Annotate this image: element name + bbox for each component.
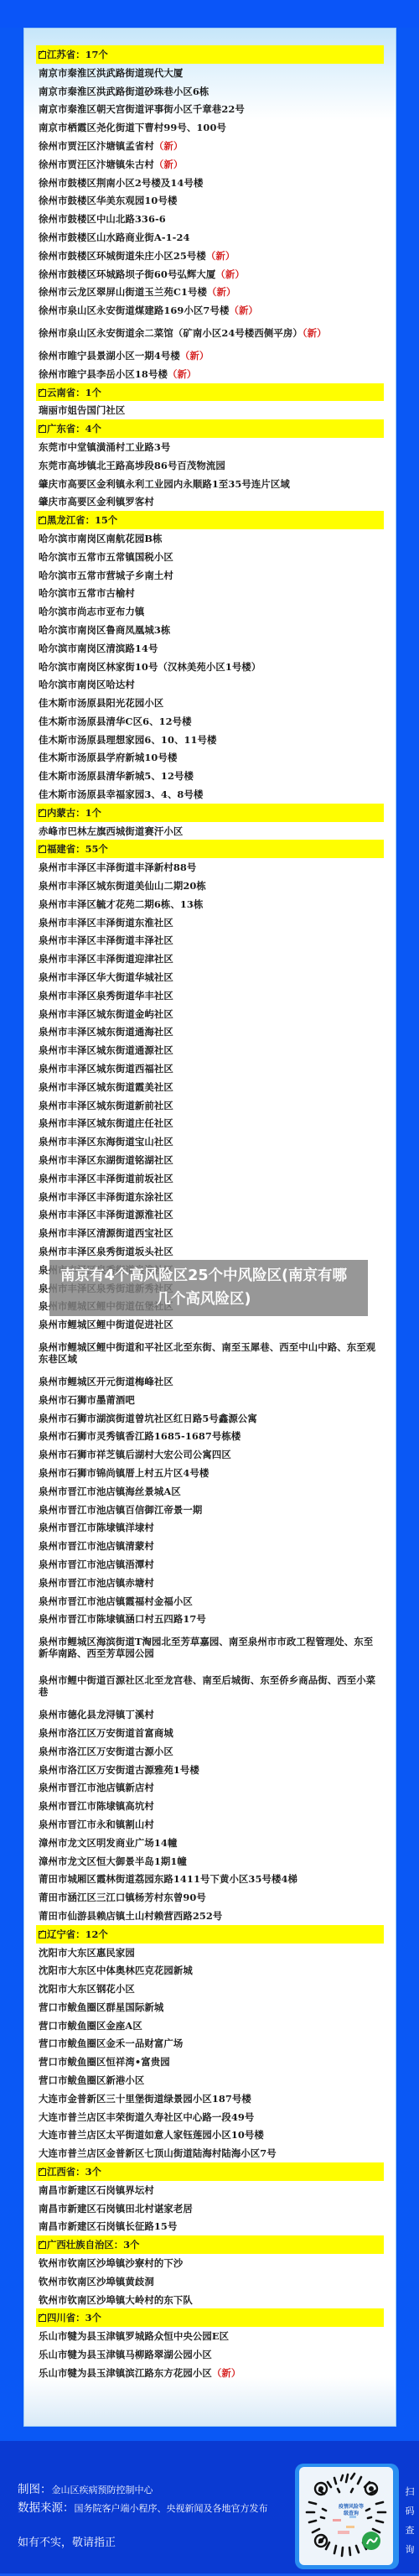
risk-area-address: 南京市秦淮区洪武路街道现代大厦 xyxy=(39,67,183,79)
risk-area-address: 泉州市鲤中街道百源社区北至龙宫巷、南至后城街、东至侨乡商品街、西至小菜巷 xyxy=(39,1674,375,1698)
risk-area-address: 哈尔滨市南岗区林家街10号（汉林美苑小区1号楼） xyxy=(39,661,261,673)
province-header: 辽宁省：12个 xyxy=(36,1925,384,1944)
risk-area-list: 江苏省：17个南京市秦淮区洪武路街道现代大厦南京市秦淮区洪武路街道砂珠巷小区6栋… xyxy=(36,45,384,2382)
risk-area-item: 沈阳市大东区中体奥林匹克花园新城 xyxy=(36,1961,384,1980)
province-header: 内蒙古：1个 xyxy=(36,804,384,822)
risk-area-item: 泉州市丰泽区毓才花苑二期6栋、13栋 xyxy=(36,895,384,913)
risk-area-address: 肇庆市高要区金利镇永利工业园内永顺路1至35号连片区域 xyxy=(39,478,290,490)
province-header-label: 江西省：3个 xyxy=(47,2166,101,2178)
risk-area-address: 徐州市睢宁县景湖小区一期4号楼 xyxy=(39,350,180,362)
province-header-label: 辽宁省：12个 xyxy=(47,1928,108,1940)
risk-area-address: 徐州市贾汪区汴塘镇朱古村 xyxy=(39,159,154,170)
risk-area-address: 泉州市丰泽区城东街道新前社区 xyxy=(39,1100,173,1111)
province-header: 福建省：55个 xyxy=(36,840,384,858)
risk-area-item: 营口市鲅鱼圈区恒祥湾•富贵园 xyxy=(36,2053,384,2071)
risk-area-address: 南昌市新建区石岗镇界坛村 xyxy=(39,2184,154,2196)
risk-area-address: 泉州市晋江市池店镇赤塘村 xyxy=(39,1577,154,1589)
scan-to-query-label: 扫码查询 xyxy=(405,2482,415,2559)
risk-area-address: 赤峰市巴林左旗西城街道赛汗小区 xyxy=(39,825,183,837)
risk-area-address: 营口市鲅鱼圈区金座A区 xyxy=(39,2020,142,2032)
risk-area-item: 泉州市丰泽区丰泽街道前坂社区 xyxy=(36,1169,384,1188)
risk-area-item: 徐州市鼓楼区荆南小区2号楼及14号楼 xyxy=(36,174,384,192)
risk-area-item: 哈尔滨市五常市五常镇国税小区 xyxy=(36,548,384,566)
risk-area-address: 泉州市丰泽区城东街道西福社区 xyxy=(39,1063,173,1075)
risk-area-item: 哈尔滨市南岗区哈达村 xyxy=(36,675,384,694)
risk-area-address: 钦州市钦南区沙埠镇沙寮村的下沙 xyxy=(39,2257,183,2269)
risk-area-address: 大连市普兰店区金普新区七顶山街道陆海村陆海小区7号 xyxy=(39,2147,277,2159)
risk-area-address: 泉州市丰泽区丰泽街道源淮社区 xyxy=(39,1209,173,1220)
checkbox-icon xyxy=(39,2241,46,2249)
risk-area-item: 泉州市晋江市池店镇海丝景城A区 xyxy=(36,1482,384,1501)
risk-area-address: 哈尔滨市南岗区哈达村 xyxy=(39,679,135,690)
new-badge: （新） xyxy=(207,286,235,298)
risk-area-address: 营口市鲅鱼圈区金禾一品财富广场 xyxy=(39,2037,183,2049)
risk-area-item: 泉州市丰泽区城东街道霞美社区 xyxy=(36,1078,384,1096)
risk-area-address: 南昌市新建区石岗镇田北村谌家老居 xyxy=(39,2203,193,2214)
risk-area-address: 瑞丽市姐告国门社区 xyxy=(39,404,125,416)
risk-area-address: 徐州市泉山区永安街道煤建路169小区7号楼 xyxy=(39,304,229,316)
source-label: 数据来源： xyxy=(18,2501,75,2515)
province-header: 广东省：4个 xyxy=(36,419,384,438)
footer-maker: 制图：金山区疾病预防控制中心 xyxy=(18,2480,153,2496)
risk-area-item: 泉州市丰泽区泉秀街道华丰社区 xyxy=(36,986,384,1005)
risk-area-address: 大连市金普新区三十里堡街道绿景园小区187号楼 xyxy=(39,2093,251,2105)
footer: 制图：金山区疾病预防控制中心 数据来源：国务院客户端小程序、央视新闻及各地官方发… xyxy=(0,2441,419,2576)
risk-area-address: 沈阳市大东区中体奥林匹克花园新城 xyxy=(39,1965,193,1976)
top-band xyxy=(0,0,419,28)
risk-area-address: 泉州市晋江市陈埭镇高坑村 xyxy=(39,1800,154,1812)
risk-area-item: 南京市秦淮区洪武路街道现代大厦 xyxy=(36,64,384,82)
qr-code-frame[interactable]: 疫情风险等级查询 xyxy=(295,2464,399,2569)
risk-area-address: 哈尔滨市南岗区鲁商凤凰城3栋 xyxy=(39,624,170,636)
risk-area-item: 佳木斯市汤原县清华新城5、12号楼 xyxy=(36,767,384,785)
risk-area-item: 肇庆市高要区金利镇永利工业园内永顺路1至35号连片区域 xyxy=(36,475,384,493)
risk-area-item: 泉州市德化县龙浔镇丁溪村 xyxy=(36,1705,384,1724)
risk-area-address: 哈尔滨市五常市古榆村 xyxy=(39,587,135,599)
risk-area-item: 大连市金普新区三十里堡街道绿景园小区187号楼 xyxy=(36,2089,384,2108)
province-header-label: 广东省：4个 xyxy=(47,423,101,435)
risk-area-address: 泉州市丰泽区丰泽街道前坂社区 xyxy=(39,1173,173,1184)
risk-area-address: 徐州市鼓楼区环城街道朱庄小区25号楼 xyxy=(39,250,206,262)
risk-area-item: 哈尔滨市五常市营城子乡南土村 xyxy=(36,566,384,585)
risk-area-item: 泉州市丰泽区华大街道华城社区 xyxy=(36,968,384,986)
risk-area-address: 佳木斯市汤原县幸福家园3、4、8号楼 xyxy=(39,788,203,800)
qr-caption: 疫情风险等级查询 xyxy=(337,2504,365,2517)
risk-area-item: 泉州市晋江市池店镇赤塘村 xyxy=(36,1574,384,1592)
risk-area-item: 泉州市鲤城区开元街道梅峰社区 xyxy=(36,1372,384,1391)
risk-area-address: 莆田市涵江区三江口镇杨芳村东曾90号 xyxy=(39,1892,206,1903)
risk-area-item: 沈阳市大东区惠民家园 xyxy=(36,1944,384,1962)
risk-area-address: 泉州市丰泽区丰泽街道丰泽社区 xyxy=(39,934,173,946)
risk-area-item: 哈尔滨市尚志市亚布力镇 xyxy=(36,602,384,621)
risk-area-item: 大连市普兰店区太平街道如意人家钰莲园小区10号楼 xyxy=(36,2126,384,2144)
risk-area-item: 营口市鲅鱼圈区新港小区 xyxy=(36,2071,384,2089)
risk-area-address: 泉州市丰泽区清源街道西宝社区 xyxy=(39,1227,173,1239)
risk-area-item: 泉州市洛江区万安街道古源雅苑1号楼 xyxy=(36,1761,384,1779)
risk-area-item: 泉州市晋江市池店镇百信御江帝景一期 xyxy=(36,1501,384,1519)
risk-area-address: 沈阳市大东区钢花小区 xyxy=(39,1983,135,1995)
risk-area-address: 佳木斯市汤原县阳光花园小区 xyxy=(39,697,163,709)
risk-area-item: 泉州市丰泽区丰泽街道迎津社区 xyxy=(36,950,384,968)
risk-area-item: 泉州市石狮市锦尚镇厝上村五片区4号楼 xyxy=(36,1464,384,1482)
risk-area-item: 佳木斯市汤原县清华C区6、12号楼 xyxy=(36,712,384,731)
risk-area-item: 大连市普兰店区金普新区七顶山街道陆海村陆海小区7号 xyxy=(36,2144,384,2162)
risk-area-address: 泉州市丰泽区丰泽街道丰泽新村88号 xyxy=(39,861,196,873)
province-header-label: 福建省：55个 xyxy=(47,843,108,855)
province-header-label: 云南省：1个 xyxy=(47,387,101,398)
checkbox-icon xyxy=(39,425,46,433)
risk-area-address: 泉州市石狮市墨莆酒吧 xyxy=(39,1394,135,1406)
risk-area-address: 徐州市贾汪区汴塘镇孟省村 xyxy=(39,140,154,152)
risk-area-item: 泉州市石狮市湖滨街道曾坑社区红日路5号鑫源公寓 xyxy=(36,1409,384,1428)
risk-area-address: 乐山市犍为县玉津镇罗城路众恒中央公园E区 xyxy=(39,2330,229,2342)
risk-area-item: 徐州市云龙区翠屏山街道玉兰苑C1号楼（新） xyxy=(36,283,384,301)
risk-area-item: 瑞丽市姐告国门社区 xyxy=(36,401,384,419)
province-header: 云南省：1个 xyxy=(36,383,384,402)
risk-area-address: 泉州市晋江市池店镇百信御江帝景一期 xyxy=(39,1504,202,1516)
risk-area-list-card: 江苏省：17个南京市秦淮区洪武路街道现代大厦南京市秦淮区洪武路街道砂珠巷小区6栋… xyxy=(23,28,396,2427)
checkbox-icon xyxy=(39,389,46,397)
risk-area-item: 肇庆市高要区金利镇罗客村 xyxy=(36,492,384,511)
risk-area-item: 哈尔滨市南岗区林家街10号（汉林美苑小区1号楼） xyxy=(36,658,384,676)
risk-area-item: 泉州市石狮市灵秀镇香江路1685-1687号栋楼 xyxy=(36,1427,384,1445)
risk-area-item: 泉州市丰泽区丰泽街道东涂社区 xyxy=(36,1188,384,1206)
risk-area-item: 钦州市钦南区沙埠镇黄歧洞 xyxy=(36,2272,384,2291)
risk-area-item: 大连市普兰店区丰荣街道久寿社区中心路一段49号 xyxy=(36,2108,384,2126)
risk-area-address: 泉州市丰泽区毓才花苑二期6栋、13栋 xyxy=(39,898,203,910)
risk-area-address: 泉州市石狮市锦尚镇厝上村五片区4号楼 xyxy=(39,1467,209,1479)
risk-area-address: 莆田市城厢区霞林街道荔园东路1411号下黄小区35号楼4梯 xyxy=(39,1873,297,1885)
risk-area-address: 泉州市洛江区万安街道古源雅苑1号楼 xyxy=(39,1764,199,1776)
risk-area-item: 泉州市丰泽区东湖街道铭湖社区 xyxy=(36,1151,384,1169)
risk-area-item: 莆田市城厢区霞林街道荔园东路1411号下黄小区35号楼4梯 xyxy=(36,1870,384,1888)
risk-area-address: 徐州市鼓楼区中山北路336-6 xyxy=(39,213,166,225)
risk-area-address: 徐州市云龙区翠屏山街道玉兰苑C1号楼 xyxy=(39,286,207,298)
risk-area-item: 钦州市钦南区沙埠镇沙寮村的下沙 xyxy=(36,2254,384,2272)
risk-area-address: 泉州市德化县龙浔镇丁溪村 xyxy=(39,1709,154,1720)
risk-area-address: 泉州市丰泽区城东街道霞美社区 xyxy=(39,1081,173,1093)
risk-area-address: 肇庆市高要区金利镇罗客村 xyxy=(39,496,154,507)
risk-area-item: 漳州市龙文区明发商业广场14幢 xyxy=(36,1834,384,1852)
risk-area-address: 佳木斯市汤原县学府新城10号楼 xyxy=(39,752,177,763)
risk-area-item: 徐州市鼓楼区中山北路336-6 xyxy=(36,210,384,228)
risk-area-item: 徐州市睢宁县景湖小区一期4号楼（新） xyxy=(36,346,384,365)
checkbox-icon xyxy=(39,846,46,853)
risk-area-item: 佳木斯市汤原县理想家园6、10、11号楼 xyxy=(36,731,384,749)
risk-area-address: 哈尔滨市五常市营城子乡南土村 xyxy=(39,570,173,581)
risk-area-address: 徐州市鼓楼区山水路商业街A-1-24 xyxy=(39,232,190,243)
qr-code[interactable]: 疫情风险等级查询 xyxy=(299,2467,393,2565)
province-header-label: 黑龙江省：15个 xyxy=(47,514,117,526)
risk-area-item: 泉州市丰泽区城东街道新前社区 xyxy=(36,1096,384,1115)
checkbox-icon xyxy=(39,51,46,59)
risk-area-item: 钦州市钦南区沙埠镇大岭村的东下队 xyxy=(36,2291,384,2309)
risk-area-address: 南京市栖霞区尧化街道下曹村99号、100号 xyxy=(39,122,226,133)
risk-area-address: 泉州市鲤城区鲤中街道促进社区 xyxy=(39,1319,173,1330)
province-header-label: 广西壮族自治区：3个 xyxy=(47,2239,139,2251)
risk-area-item: 泉州市丰泽区城东街道庄任社区 xyxy=(36,1114,384,1132)
risk-area-item: 南京市秦淮区洪武路街道砂珠巷小区6栋 xyxy=(36,82,384,101)
risk-area-item: 泉州市晋江市陈埭镇高坑村 xyxy=(36,1797,384,1815)
checkbox-icon xyxy=(39,2168,46,2176)
maker-label: 制图： xyxy=(18,2483,52,2496)
risk-area-item: 徐州市鼓楼区华美东观园10号楼 xyxy=(36,191,384,210)
risk-area-item: 佳木斯市汤原县幸福家园3、4、8号楼 xyxy=(36,785,384,804)
risk-area-address: 哈尔滨市五常市五常镇国税小区 xyxy=(39,551,173,563)
risk-area-item: 徐州市泉山区永安街道煤建路169小区7号楼（新） xyxy=(36,301,384,320)
risk-area-item: 泉州市晋江市陈埭镇涵口村五四路17号 xyxy=(36,1610,384,1628)
risk-area-address: 钦州市钦南区沙埠镇黄歧洞 xyxy=(39,2276,154,2287)
risk-area-address: 南京市秦淮区朝天宫街道评事街小区千章巷22号 xyxy=(39,103,245,115)
new-badge: （新） xyxy=(180,350,209,362)
risk-area-address: 泉州市鲤城区开元街道梅峰社区 xyxy=(39,1376,173,1387)
risk-area-item: 泉州市丰泽区城东街道通海社区 xyxy=(36,1023,384,1041)
risk-area-item: 泉州市晋江市陈埭镇洋埭村 xyxy=(36,1518,384,1537)
risk-area-address: 乐山市犍为县玉津镇滨江路东方花园小区 xyxy=(39,2367,212,2379)
risk-area-address: 泉州市鲤城区海滨街道T淘园北至芳草嘉园、南至泉州市市政工程管理处、东至新华南路、… xyxy=(39,1636,373,1659)
risk-area-item: 泉州市丰泽区城东街道金屿社区 xyxy=(36,1005,384,1023)
risk-area-item: 南京市秦淮区朝天宫街道评事街小区千章巷22号 xyxy=(36,100,384,118)
risk-area-address: 泉州市丰泽区城东街道美仙山二期20栋 xyxy=(39,880,206,892)
risk-area-address: 泉州市丰泽区泉秀街道华丰社区 xyxy=(39,990,173,1002)
risk-area-address: 营口市鲅鱼圈区新港小区 xyxy=(39,2074,144,2086)
checkbox-icon xyxy=(39,809,46,817)
risk-area-item: 营口市鲅鱼圈区群星国际新城 xyxy=(36,1998,384,2017)
risk-area-address: 徐州市泉山区永安街道余二菜馆（矿南小区24号楼西侧平房） xyxy=(39,327,303,339)
risk-area-address: 莆田市仙游县赖店镇土山村赖营西路252号 xyxy=(39,1910,222,1922)
risk-area-item: 徐州市鼓楼区山水路商业街A-1-24 xyxy=(36,228,384,247)
risk-area-item: 泉州市洛江区万安街道古源小区 xyxy=(36,1742,384,1761)
risk-area-address: 泉州市丰泽区城东街道庄任社区 xyxy=(39,1117,173,1129)
risk-area-item: 泉州市丰泽区清源街道西宝社区 xyxy=(36,1224,384,1242)
risk-area-address: 泉州市晋江市池店镇浯潭村 xyxy=(39,1559,154,1570)
risk-area-address: 泉州市丰泽区东海街道宝山社区 xyxy=(39,1136,173,1147)
risk-area-address: 乐山市犍为县玉津镇马柳路翠湖公园小区 xyxy=(39,2349,212,2360)
province-header: 江苏省：17个 xyxy=(36,45,384,64)
risk-area-item: 泉州市石狮市祥芝镇后湖村大宏公司公寓四区 xyxy=(36,1445,384,1464)
risk-area-item: 佳木斯市汤原县阳光花园小区 xyxy=(36,694,384,712)
risk-area-address: 南昌市新建区石岗镇长征路15号 xyxy=(39,2220,177,2232)
risk-area-item: 徐州市贾汪区汴塘镇朱古村（新） xyxy=(36,155,384,174)
risk-area-item: 乐山市犍为县玉津镇马柳路翠湖公园小区 xyxy=(36,2345,384,2364)
risk-area-address: 泉州市晋江市陈埭镇涵口村五四路17号 xyxy=(39,1613,206,1625)
risk-area-item: 漳州市龙文区恒大御景半岛1期1幢 xyxy=(36,1852,384,1871)
risk-area-item: 哈尔滨市南岗区鲁商凤凰城3栋 xyxy=(36,621,384,639)
risk-area-item: 哈尔滨市南岗区清滨路14号 xyxy=(36,639,384,658)
risk-area-item: 徐州市泉山区永安街道余二菜馆（矿南小区24号楼西侧平房）（新） xyxy=(36,320,384,346)
risk-area-item: 泉州市鲤城区海滨街道T淘园北至芳草嘉园、南至泉州市市政工程管理处、东至新华南路、… xyxy=(36,1628,384,1667)
risk-area-address: 泉州市丰泽区城东街道金屿社区 xyxy=(39,1008,173,1020)
risk-area-address: 佳木斯市汤原县清华C区6、12号楼 xyxy=(39,716,192,727)
risk-area-address: 泉州市晋江市池店镇清蒙村 xyxy=(39,1540,154,1552)
article-title-overlay[interactable]: 南京有4个高风险区25个中风险区(南京有哪几个高风险区) xyxy=(49,1260,368,1316)
risk-area-address: 泉州市石狮市祥芝镇后湖村大宏公司公寓四区 xyxy=(39,1449,231,1460)
risk-area-item: 泉州市丰泽区泉秀街道坂头社区 xyxy=(36,1242,384,1261)
risk-area-address: 泉州市丰泽区丰泽街道东淮社区 xyxy=(39,917,173,929)
new-badge: （新） xyxy=(229,304,257,316)
risk-area-item: 泉州市晋江市永和镇割山村 xyxy=(36,1815,384,1834)
risk-area-item: 南昌市新建区石岗镇长征路15号 xyxy=(36,2217,384,2235)
new-badge: （新） xyxy=(212,2367,241,2379)
risk-area-address: 泉州市晋江市池店镇海丝景城A区 xyxy=(39,1486,181,1497)
risk-area-item: 泉州市晋江市池店镇浯潭村 xyxy=(36,1555,384,1574)
risk-area-item: 泉州市晋江市池店镇清蒙村 xyxy=(36,1537,384,1555)
province-header: 黑龙江省：15个 xyxy=(36,511,384,529)
risk-area-item: 赤峰市巴林左旗西城街道赛汗小区 xyxy=(36,822,384,840)
risk-area-address: 泉州市丰泽区城东街道通源社区 xyxy=(39,1044,173,1056)
new-badge: （新） xyxy=(154,159,183,170)
risk-area-address: 南京市秦淮区洪武路街道砂珠巷小区6栋 xyxy=(39,86,209,97)
risk-area-item: 营口市鲅鱼圈区金禾一品财富广场 xyxy=(36,2034,384,2053)
risk-area-item: 乐山市犍为县玉津镇滨江路东方花园小区（新） xyxy=(36,2364,384,2382)
risk-area-item: 泉州市晋江市池店镇新店村 xyxy=(36,1778,384,1797)
risk-area-item: 泉州市晋江市池店镇霞福村金福小区 xyxy=(36,1592,384,1611)
risk-area-item: 徐州市睢宁县李岳小区18号楼（新） xyxy=(36,365,384,383)
checkbox-icon xyxy=(39,1931,46,1939)
risk-area-address: 佳木斯市汤原县清华新城5、12号楼 xyxy=(39,770,194,782)
new-badge: （新） xyxy=(303,327,327,339)
risk-area-address: 营口市鲅鱼圈区群星国际新城 xyxy=(39,2001,163,2013)
risk-area-item: 徐州市鼓楼区环城街道朱庄小区25号楼（新） xyxy=(36,247,384,265)
risk-area-address: 泉州市丰泽区华大街道华城社区 xyxy=(39,971,173,983)
new-badge: （新） xyxy=(215,268,244,280)
risk-area-item: 沈阳市大东区钢花小区 xyxy=(36,1980,384,1998)
risk-area-address: 泉州市晋江市池店镇新店村 xyxy=(39,1782,154,1793)
new-badge: （新） xyxy=(206,250,235,262)
risk-area-address: 徐州市鼓楼区荆南小区2号楼及14号楼 xyxy=(39,177,203,189)
risk-area-address: 泉州市丰泽区丰泽街道迎津社区 xyxy=(39,953,173,965)
risk-area-item: 泉州市鲤城区鲤中街道促进社区 xyxy=(36,1315,384,1334)
risk-area-item: 泉州市鲤中街道百源社区北至龙宫巷、南至后城街、东至侨乡商品街、西至小菜巷 xyxy=(36,1667,384,1705)
risk-area-address: 佳木斯市汤原县理想家园6、10、11号楼 xyxy=(39,734,217,746)
risk-area-item: 东莞市中堂镇潢涌村工业路3号 xyxy=(36,438,384,456)
new-badge: （新） xyxy=(154,140,183,152)
footer-source: 数据来源：国务院客户端小程序、央视新闻及各地官方发布 xyxy=(18,2498,268,2515)
risk-area-item: 莆田市涵江区三江口镇杨芳村东曾90号 xyxy=(36,1888,384,1907)
risk-area-item: 泉州市丰泽区丰泽街道丰泽社区 xyxy=(36,931,384,950)
risk-area-item: 哈尔滨市南岗区南航花园B栋 xyxy=(36,529,384,548)
risk-area-address: 大连市普兰店区丰荣街道久寿社区中心路一段49号 xyxy=(39,2111,254,2123)
province-header-label: 内蒙古：1个 xyxy=(47,807,101,819)
source-value: 国务院客户端小程序、央视新闻及各地官方发布 xyxy=(75,2503,268,2514)
new-badge: （新） xyxy=(168,368,196,380)
risk-area-item: 泉州市丰泽区丰泽街道源淮社区 xyxy=(36,1205,384,1224)
risk-area-item: 营口市鲅鱼圈区金座A区 xyxy=(36,2017,384,2035)
risk-area-address: 大连市普兰店区太平街道如意人家钰莲园小区10号楼 xyxy=(39,2129,264,2141)
risk-area-item: 徐州市鼓楼区环城路坝子街60号弘辉大厦（新） xyxy=(36,265,384,284)
province-header: 江西省：3个 xyxy=(36,2162,384,2181)
risk-area-address: 泉州市丰泽区丰泽街道东涂社区 xyxy=(39,1191,173,1203)
risk-area-item: 泉州市丰泽区城东街道美仙山二期20栋 xyxy=(36,877,384,895)
risk-area-address: 漳州市龙文区明发商业广场14幢 xyxy=(39,1837,177,1849)
risk-area-address: 泉州市丰泽区城东街道通海社区 xyxy=(39,1026,173,1038)
risk-area-address: 哈尔滨市南岗区南航花园B栋 xyxy=(39,533,163,544)
checkbox-icon xyxy=(39,2314,46,2322)
risk-area-item: 佳木斯市汤原县学府新城10号楼 xyxy=(36,748,384,767)
province-header-label: 四川省：3个 xyxy=(47,2312,101,2324)
risk-area-item: 徐州市贾汪区汴塘镇孟省村（新） xyxy=(36,137,384,155)
province-header: 广西壮族自治区：3个 xyxy=(36,2235,384,2254)
risk-area-address: 泉州市丰泽区东湖街道铭湖社区 xyxy=(39,1154,173,1166)
risk-area-address: 徐州市鼓楼区环城路坝子街60号弘辉大厦 xyxy=(39,268,215,280)
risk-area-address: 哈尔滨市南岗区清滨路14号 xyxy=(39,643,158,654)
risk-area-item: 南京市栖霞区尧化街道下曹村99号、100号 xyxy=(36,118,384,137)
risk-area-address: 东莞市高埗镇北王路高埗段86号百茂物流园 xyxy=(39,460,225,471)
checkbox-icon xyxy=(39,517,46,524)
risk-area-address: 泉州市石狮市湖滨街道曾坑社区红日路5号鑫源公寓 xyxy=(39,1413,257,1424)
risk-area-address: 东莞市中堂镇潢涌村工业路3号 xyxy=(39,441,170,453)
maker-value: 金山区疾病预防控制中心 xyxy=(52,2485,153,2495)
risk-area-address: 泉州市晋江市陈埭镇洋埭村 xyxy=(39,1522,154,1533)
risk-area-item: 泉州市丰泽区城东街道西福社区 xyxy=(36,1059,384,1078)
risk-area-address: 泉州市石狮市灵秀镇香江路1685-1687号栋楼 xyxy=(39,1430,241,1442)
risk-area-item: 泉州市丰泽区丰泽街道丰泽新村88号 xyxy=(36,858,384,877)
risk-area-address: 沈阳市大东区惠民家园 xyxy=(39,1947,135,1959)
risk-area-address: 漳州市龙文区恒大御景半岛1期1幢 xyxy=(39,1855,187,1867)
risk-area-address: 钦州市钦南区沙埠镇大岭村的东下队 xyxy=(39,2294,193,2306)
province-header-label: 江苏省：17个 xyxy=(47,49,108,60)
risk-area-address: 泉州市丰泽区泉秀街道坂头社区 xyxy=(39,1246,173,1257)
risk-area-item: 泉州市丰泽区丰泽街道东淮社区 xyxy=(36,913,384,932)
risk-area-address: 营口市鲅鱼圈区恒祥湾•富贵园 xyxy=(39,2056,170,2068)
risk-area-address: 徐州市睢宁县李岳小区18号楼 xyxy=(39,368,168,380)
risk-area-item: 南昌市新建区石岗镇界坛村 xyxy=(36,2181,384,2199)
risk-area-item: 泉州市鲤城区鲤中街道和平社区北至东街、南至玉犀巷、西至中山中路、东至观东巷区域 xyxy=(36,1334,384,1372)
risk-area-address: 泉州市晋江市池店镇霞福村金福小区 xyxy=(39,1595,193,1607)
province-header: 四川省：3个 xyxy=(36,2308,384,2327)
footer-disclaimer: 如有不实，敬请指正 xyxy=(18,2533,116,2549)
risk-area-address: 哈尔滨市尚志市亚布力镇 xyxy=(39,606,144,617)
risk-area-address: 泉州市晋江市永和镇割山村 xyxy=(39,1819,154,1830)
risk-area-item: 泉州市洛江区万安街道首富商城 xyxy=(36,1724,384,1742)
risk-area-address: 泉州市洛江区万安街道首富商城 xyxy=(39,1727,173,1739)
risk-area-address: 泉州市洛江区万安街道古源小区 xyxy=(39,1746,173,1757)
risk-area-item: 哈尔滨市五常市古榆村 xyxy=(36,584,384,602)
risk-area-item: 泉州市丰泽区城东街道通源社区 xyxy=(36,1041,384,1059)
risk-area-item: 东莞市高埗镇北王路高埗段86号百茂物流园 xyxy=(36,456,384,475)
risk-area-item: 南昌市新建区石岗镇田北村谌家老居 xyxy=(36,2199,384,2218)
risk-area-item: 泉州市丰泽区东海街道宝山社区 xyxy=(36,1132,384,1151)
risk-area-address: 徐州市鼓楼区华美东观园10号楼 xyxy=(39,195,177,206)
risk-area-item: 泉州市石狮市墨莆酒吧 xyxy=(36,1391,384,1409)
risk-area-address: 泉州市鲤城区鲤中街道和平社区北至东街、南至玉犀巷、西至中山中路、东至观东巷区域 xyxy=(39,1341,375,1365)
risk-area-item: 莆田市仙游县赖店镇土山村赖营西路252号 xyxy=(36,1907,384,1925)
risk-area-item: 乐山市犍为县玉津镇罗城路众恒中央公园E区 xyxy=(36,2327,384,2345)
